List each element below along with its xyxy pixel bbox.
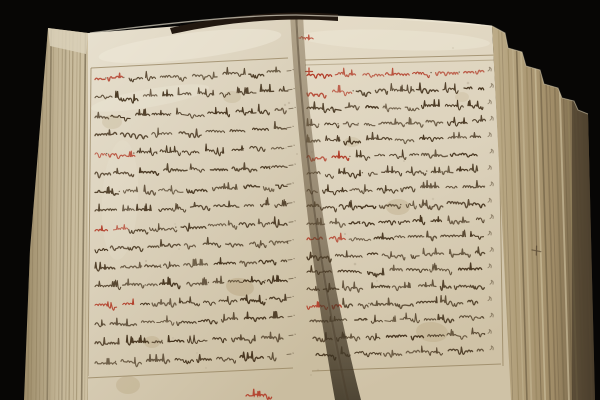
manuscript-photo [0, 0, 600, 400]
manuscript-photo-scene [0, 0, 600, 400]
book [24, 13, 600, 400]
